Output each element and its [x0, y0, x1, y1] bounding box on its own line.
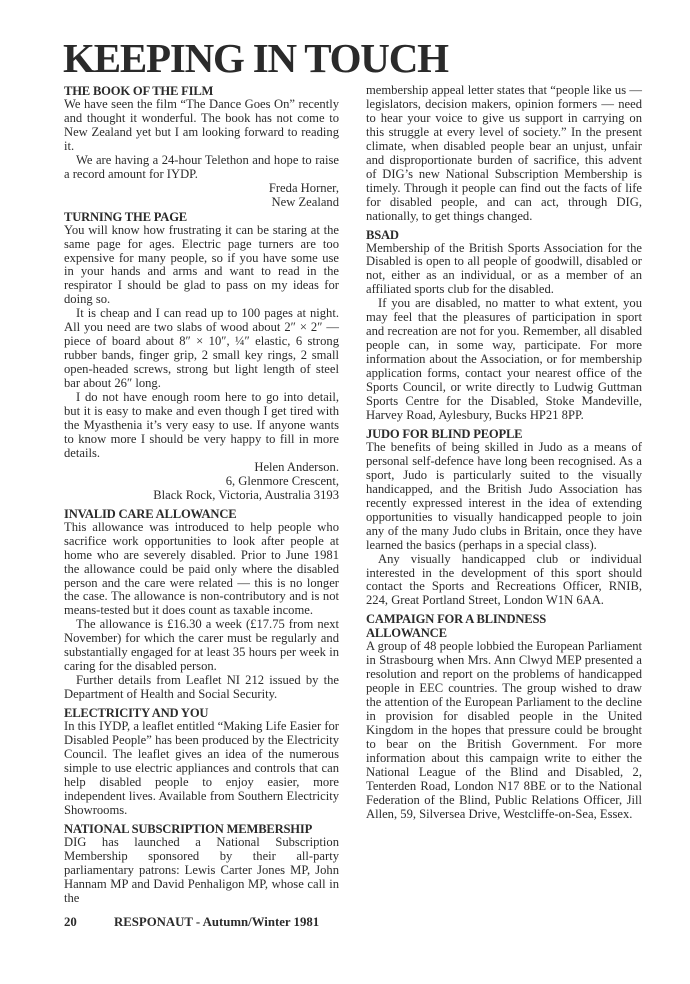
section-heading: BSAD: [366, 228, 642, 242]
paragraph: Further details from Leaflet NI 212 issu…: [64, 674, 339, 702]
section-heading: NATIONAL SUBSCRIPTION MEMBERSHIP: [64, 822, 339, 836]
article-campaign-blindness-allowance: CAMPAIGN FOR A BLINDNESS ALLOWANCE A gro…: [366, 612, 642, 821]
section-heading-line1: CAMPAIGN FOR A BLINDNESS: [366, 612, 642, 626]
article-judo-for-blind-people: JUDO FOR BLIND PEOPLE The benefits of be…: [366, 427, 642, 608]
paragraph: The allowance is £16.30 a week (£17.75 f…: [64, 618, 339, 674]
article-bsad: BSAD Membership of the British Sports As…: [366, 228, 642, 423]
paragraph: You will know how frustrating it can be …: [64, 224, 339, 308]
paragraph: membership appeal letter states that “pe…: [366, 84, 642, 224]
page-number: 20: [64, 915, 114, 930]
section-heading-line2: ALLOWANCE: [366, 626, 642, 640]
signature-address: 6, Glenmore Crescent,: [64, 475, 339, 489]
section-heading: THE BOOK OF THE FILM: [64, 84, 339, 98]
section-heading: JUDO FOR BLIND PEOPLE: [366, 427, 642, 441]
paragraph: I do not have enough room here to go int…: [64, 391, 339, 461]
article-book-of-the-film: THE BOOK OF THE FILM We have seen the fi…: [64, 84, 339, 210]
article-turning-the-page: TURNING THE PAGE You will know how frust…: [64, 210, 339, 503]
paragraph: If you are disabled, no matter to what e…: [366, 297, 642, 423]
article-national-subscription-membership: NATIONAL SUBSCRIPTION MEMBERSHIP DIG has…: [64, 822, 339, 906]
paragraph: In this IYDP, a leaflet entitled “Making…: [64, 720, 339, 818]
article-invalid-care-allowance: INVALID CARE ALLOWANCE This allowance wa…: [64, 507, 339, 702]
paragraph: Any visually handicapped club or individ…: [366, 553, 642, 609]
paragraph: We have seen the film “The Dance Goes On…: [64, 98, 339, 154]
paragraph: Membership of the British Sports Associa…: [366, 242, 642, 298]
paragraph: DIG has launched a National Subscription…: [64, 836, 339, 906]
article-national-subscription-membership-continued: membership appeal letter states that “pe…: [366, 84, 642, 224]
left-column: THE BOOK OF THE FILM We have seen the fi…: [64, 84, 339, 906]
paragraph: It is cheap and I can read up to 100 pag…: [64, 307, 339, 391]
paragraph: The benefits of being skilled in Judo as…: [366, 441, 642, 553]
publication-name: RESPONAUT - Autumn/Winter 1981: [114, 915, 319, 929]
section-heading: ELECTRICITY AND YOU: [64, 706, 339, 720]
section-heading: TURNING THE PAGE: [64, 210, 339, 224]
paragraph: This allowance was introduced to help pe…: [64, 521, 339, 619]
signature-name: Freda Horner,: [64, 182, 339, 196]
page-footer: 20RESPONAUT - Autumn/Winter 1981: [64, 915, 319, 930]
section-heading: INVALID CARE ALLOWANCE: [64, 507, 339, 521]
page-title: KEEPING IN TOUCH: [63, 36, 448, 80]
signature-location: New Zealand: [64, 196, 339, 210]
signature-name: Helen Anderson.: [64, 461, 339, 475]
right-column: membership appeal letter states that “pe…: [366, 84, 642, 822]
article-electricity-and-you: ELECTRICITY AND YOU In this IYDP, a leaf…: [64, 706, 339, 818]
paragraph: We are having a 24-hour Telethon and hop…: [64, 154, 339, 182]
signature-location: Black Rock, Victoria, Australia 3193: [64, 489, 339, 503]
paragraph: A group of 48 people lobbied the Europea…: [366, 640, 642, 821]
